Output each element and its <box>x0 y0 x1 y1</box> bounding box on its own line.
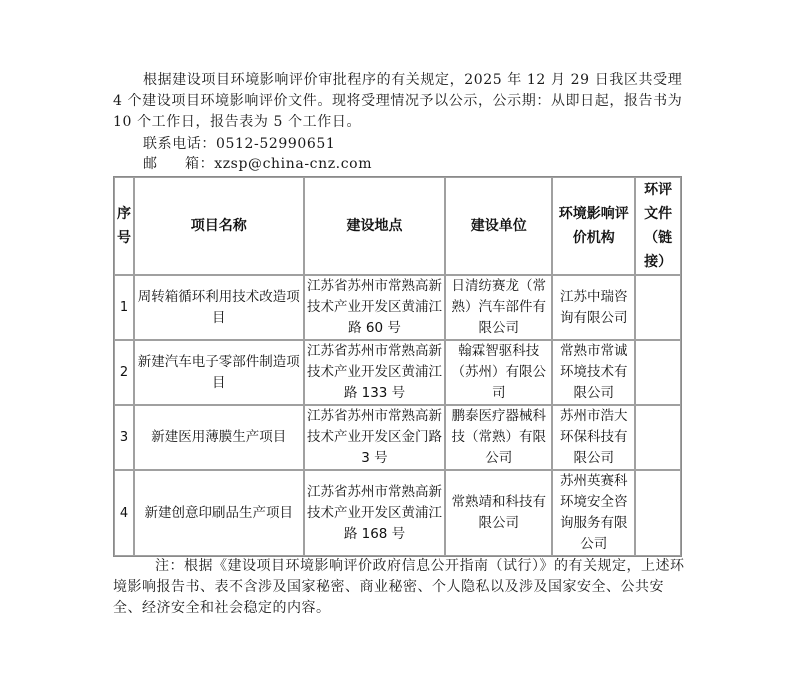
cell-link[interactable] <box>635 470 681 556</box>
email-label-2: 箱： <box>185 156 214 172</box>
project-table: 序号 项目名称 建设地点 建设单位 环境影响评价机构 环评文件（链接） 1 周转… <box>113 176 682 557</box>
email-label-1: 邮 <box>143 155 185 174</box>
disclaimer-note: 注：根据《建设项目环境影响评价政府信息公开指南（试行）》的有关规定，上述环境影响… <box>113 556 685 619</box>
table-row: 1 周转箱循环利用技术改造项目 江苏省苏州市常熟高新技术产业开发区黄浦江路 60… <box>114 275 681 340</box>
cell-no: 1 <box>114 275 134 340</box>
cell-location: 江苏省苏州市常熟高新技术产业开发区黄浦江路 60 号 <box>304 275 446 340</box>
cell-location: 江苏省苏州市常熟高新技术产业开发区黄浦江路 133 号 <box>304 340 446 405</box>
intro-paragraph: 根据建设项目环境影响评价审批程序的有关规定，2025 年 12 月 29 日我区… <box>113 70 685 133</box>
cell-name: 新建创意印刷品生产项目 <box>134 470 304 556</box>
cell-no: 3 <box>114 405 134 470</box>
header-link: 环评文件（链接） <box>635 177 681 275</box>
cell-name: 新建汽车电子零部件制造项目 <box>134 340 304 405</box>
cell-no: 4 <box>114 470 134 556</box>
table-header-row: 序号 项目名称 建设地点 建设单位 环境影响评价机构 环评文件（链接） <box>114 177 681 275</box>
cell-no: 2 <box>114 340 134 405</box>
cell-link[interactable] <box>635 275 681 340</box>
cell-unit: 日清纺赛龙（常熟）汽车部件有限公司 <box>445 275 552 340</box>
header-unit: 建设单位 <box>445 177 552 275</box>
header-location: 建设地点 <box>304 177 446 275</box>
cell-name: 周转箱循环利用技术改造项目 <box>134 275 304 340</box>
table-row: 4 新建创意印刷品生产项目 江苏省苏州市常熟高新技术产业开发区黄浦江路 168 … <box>114 470 681 556</box>
cell-link[interactable] <box>635 340 681 405</box>
email-address: xzsp@china-cnz.com <box>214 156 372 172</box>
cell-agency: 苏州市浩大环保科技有限公司 <box>552 405 635 470</box>
cell-unit: 翰霖智驱科技（苏州）有限公司 <box>445 340 552 405</box>
phone-label: 联系电话： <box>143 136 216 152</box>
header-no: 序号 <box>114 177 134 275</box>
cell-location: 江苏省苏州市常熟高新技术产业开发区金门路 3 号 <box>304 405 446 470</box>
cell-unit: 鹏泰医疗器械科技（常熟）有限公司 <box>445 405 552 470</box>
header-name: 项目名称 <box>134 177 304 275</box>
cell-name: 新建医用薄膜生产项目 <box>134 405 304 470</box>
phone-number: 0512-52990651 <box>216 136 335 152</box>
contact-phone: 联系电话：0512-52990651 <box>143 135 335 154</box>
table-row: 2 新建汽车电子零部件制造项目 江苏省苏州市常熟高新技术产业开发区黄浦江路 13… <box>114 340 681 405</box>
cell-agency: 江苏中瑞咨询有限公司 <box>552 275 635 340</box>
cell-location: 江苏省苏州市常熟高新技术产业开发区黄浦江路 168 号 <box>304 470 446 556</box>
table-row: 3 新建医用薄膜生产项目 江苏省苏州市常熟高新技术产业开发区金门路 3 号 鹏泰… <box>114 405 681 470</box>
cell-agency: 苏州英赛科环境安全咨询服务有限公司 <box>552 470 635 556</box>
cell-unit: 常熟靖和科技有限公司 <box>445 470 552 556</box>
contact-email: 邮箱：xzsp@china-cnz.com <box>143 155 372 174</box>
cell-agency: 常熟市常诚环境技术有限公司 <box>552 340 635 405</box>
cell-link[interactable] <box>635 405 681 470</box>
header-agency: 环境影响评价机构 <box>552 177 635 275</box>
